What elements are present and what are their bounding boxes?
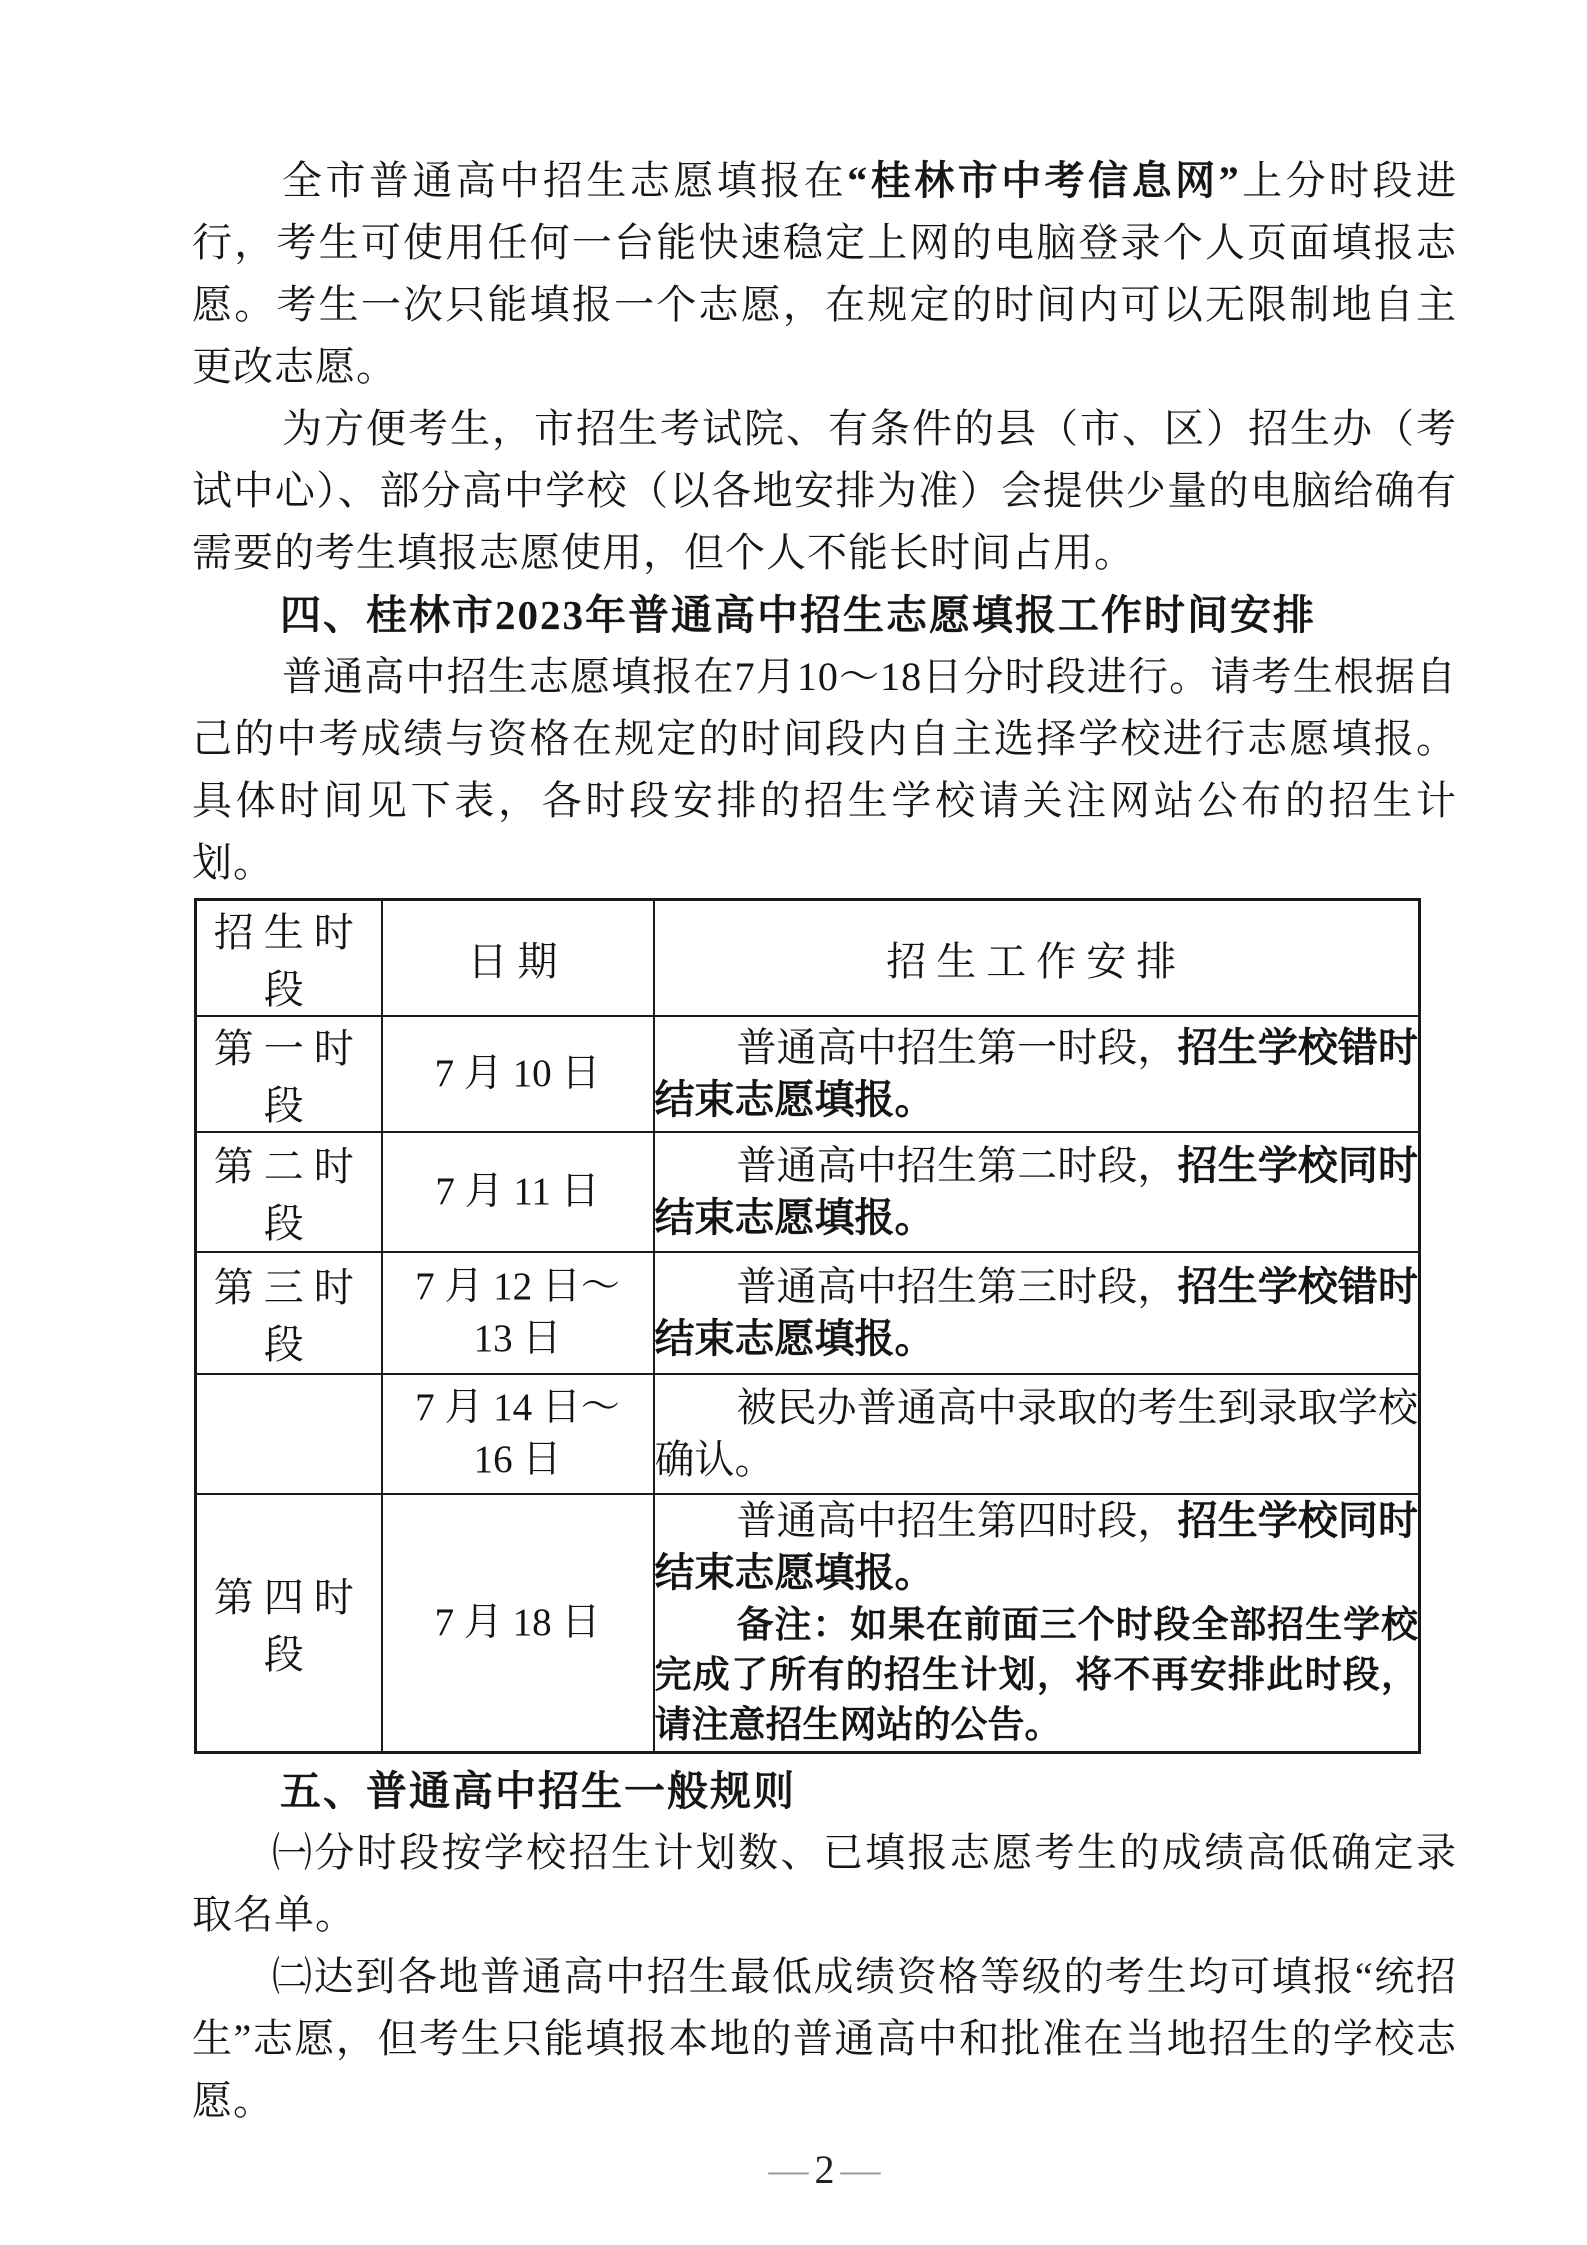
arrangement-pre: 普通高中招生第一时段， [737,1025,1178,1070]
arrangement-text: 普通高中招生第二时段，招生学校同时结束志愿填报。 [655,1140,1419,1244]
table-row-4: 7 月 14 日～16 日 被民办普通高中录取的考生到录取学校确认。 [196,1374,1420,1494]
cell-date: 7 月 11 日 [382,1132,654,1252]
intro-text-pre: 全市普通高中招生志愿填报在 [282,158,847,203]
paragraph-schedule-intro: 普通高中招生志愿填报在7月10～18日分时段进行。请考生根据自己的中考成绩与资格… [192,646,1457,894]
paragraph-rule-2: ㈡达到各地普通高中招生最低成绩资格等级的考生均可填报“统招生”志愿，但考生只能填… [192,1946,1457,2132]
cell-date: 7 月 18 日 [382,1494,654,1753]
cell-period [196,1374,382,1494]
page-footer: —2— [192,2146,1457,2194]
cell-period: 第一时段 [196,1016,382,1132]
date-line: 13 日 [383,1313,653,1365]
schedule-table: 招生时段 日期 招生工作安排 第一时段 7 月 10 日 普通高中招生第一时段，… [194,898,1421,1754]
table-row-5: 第四时段 7 月 18 日 普通高中招生第四时段，招生学校同时结束志愿填报。 备… [196,1494,1420,1753]
table-header-date: 日期 [382,900,654,1017]
cell-arrangement: 普通高中招生第一时段，招生学校错时结束志愿填报。 [654,1016,1420,1132]
arrangement-text: 普通高中招生第四时段，招生学校同时结束志愿填报。 [655,1495,1419,1599]
table-row-1: 第一时段 7 月 10 日 普通高中招生第一时段，招生学校错时结束志愿填报。 [196,1016,1420,1132]
arrangement-text: 被民办普通高中录取的考生到录取学校确认。 [655,1382,1419,1486]
cell-date: 7 月 14 日～16 日 [382,1374,654,1494]
table-header-arrangement: 招生工作安排 [654,900,1420,1017]
cell-period: 第四时段 [196,1494,382,1753]
date-line: 7 月 10 日 [383,1048,653,1100]
table-row-3: 第三时段 7 月 12 日～13 日 普通高中招生第三时段，招生学校错时结束志愿… [196,1252,1420,1374]
document-page: 全市普通高中招生志愿填报在“桂林市中考信息网”上分时段进行，考生可使用任何一台能… [0,0,1587,2245]
table-header-period: 招生时段 [196,900,382,1017]
cell-arrangement: 普通高中招生第二时段，招生学校同时结束志愿填报。 [654,1132,1420,1252]
arrangement-pre: 普通高中招生第二时段， [737,1143,1178,1188]
cell-arrangement: 被民办普通高中录取的考生到录取学校确认。 [654,1374,1420,1494]
paragraph-rule-1: ㈠分时段按学校招生计划数、已填报志愿考生的成绩高低确定录取名单。 [192,1822,1457,1946]
arrangement-pre: 普通高中招生第三时段， [737,1264,1178,1309]
table-header-row: 招生时段 日期 招生工作安排 [196,900,1420,1017]
arrangement-pre: 普通高中招生第四时段， [737,1498,1178,1543]
arrangement-text: 普通高中招生第一时段，招生学校错时结束志愿填报。 [655,1022,1419,1126]
date-line: 7 月 12 日～ [383,1261,653,1313]
cell-arrangement: 普通高中招生第四时段，招生学校同时结束志愿填报。 备注：如果在前面三个时段全部招… [654,1494,1420,1753]
paragraph-convenience: 为方便考生，市招生考试院、有条件的县（市、区）招生办（考试中心）、部分高中学校（… [192,398,1457,584]
paragraph-intro: 全市普通高中招生志愿填报在“桂林市中考信息网”上分时段进行，考生可使用任何一台能… [192,150,1457,398]
cell-period: 第三时段 [196,1252,382,1374]
date-line: 16 日 [383,1434,653,1486]
cell-arrangement: 普通高中招生第三时段，招生学校错时结束志愿填报。 [654,1252,1420,1374]
table-row-2: 第二时段 7 月 11 日 普通高中招生第二时段，招生学校同时结束志愿填报。 [196,1132,1420,1252]
cell-date: 7 月 10 日 [382,1016,654,1132]
site-name-bold: “桂林市中考信息网” [847,158,1239,203]
date-line: 7 月 11 日 [383,1166,653,1218]
date-line: 7 月 18 日 [383,1597,653,1649]
page-number: 2 [809,2147,841,2192]
cell-period: 第二时段 [196,1132,382,1252]
arrangement-text: 普通高中招生第三时段，招生学校错时结束志愿填报。 [655,1261,1419,1365]
arrangement-note: 备注：如果在前面三个时段全部招生学校完成了所有的招生计划，将不再安排此时段，请注… [655,1601,1419,1751]
date-line: 7 月 14 日～ [383,1382,653,1434]
cell-date: 7 月 12 日～13 日 [382,1252,654,1374]
section-heading-5: 五、普通高中招生一般规则 [192,1760,1457,1822]
footer-dash-right: — [841,2147,881,2192]
arrangement-pre: 被民办普通高中录取的考生到录取学校确认。 [655,1385,1419,1482]
footer-dash-left: — [769,2147,809,2192]
section-heading-4: 四、桂林市2023年普通高中招生志愿填报工作时间安排 [192,584,1457,646]
